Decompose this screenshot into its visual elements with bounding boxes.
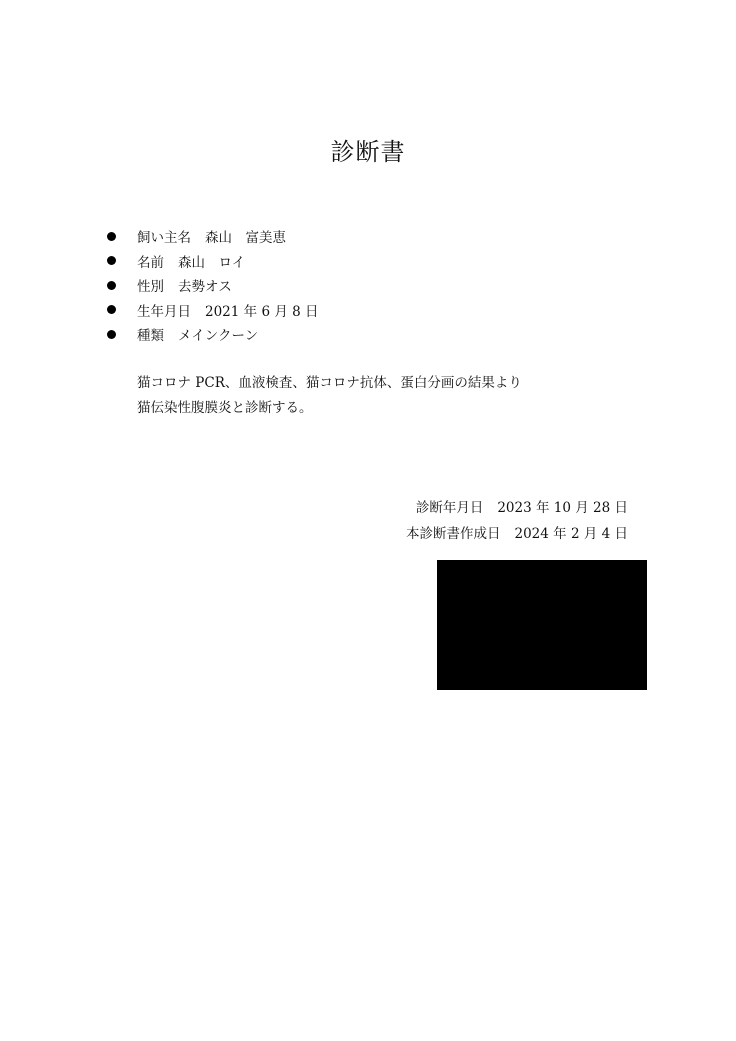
diagnosis-date: 診断年月日2023 年 10 月 28 日 — [406, 495, 628, 521]
diagnosis-line: 猫伝染性腹膜炎と診断する。 — [137, 396, 522, 421]
info-item-sex: 性別 去勢オス — [106, 273, 319, 298]
info-label: 種類 — [137, 324, 164, 344]
date-value: 2024 年 2 月 4 日 — [515, 526, 629, 542]
bullet-icon — [107, 281, 116, 290]
info-value: 森山 ロイ — [178, 251, 245, 271]
info-value: メインクーン — [178, 324, 258, 344]
date-value: 2023 年 10 月 28 日 — [497, 500, 628, 516]
info-label: 生年月日 — [137, 300, 191, 320]
redacted-signature-block — [437, 560, 647, 690]
bullet-icon — [107, 330, 116, 339]
info-label: 名前 — [137, 251, 164, 271]
bullet-icon — [107, 256, 116, 265]
diagnosis-text: 猫コロナ PCR、血液検査、猫コロナ抗体、蛋白分画の結果より 猫伝染性腹膜炎と診… — [137, 371, 522, 421]
patient-info-list: 飼い主名 森山 富美恵 名前 森山 ロイ 性別 去勢オス 生年月日 2021 年… — [106, 224, 319, 347]
info-item-owner: 飼い主名 森山 富美恵 — [106, 224, 319, 249]
date-label: 診断年月日 — [416, 500, 484, 516]
bullet-icon — [107, 305, 116, 314]
diagnosis-line: 猫コロナ PCR、血液検査、猫コロナ抗体、蛋白分画の結果より — [137, 371, 522, 396]
dates-block: 診断年月日2023 年 10 月 28 日 本診断書作成日2024 年 2 月 … — [406, 495, 628, 547]
info-label: 性別 — [137, 275, 164, 295]
info-value: 去勢オス — [178, 275, 232, 295]
document-title: 診断書 — [0, 132, 736, 167]
info-item-breed: 種類 メインクーン — [106, 322, 319, 347]
issue-date: 本診断書作成日2024 年 2 月 4 日 — [406, 521, 628, 547]
info-value: 森山 富美恵 — [205, 226, 286, 246]
info-value: 2021 年 6 月 8 日 — [205, 300, 319, 320]
bullet-icon — [107, 232, 116, 241]
date-label: 本診断書作成日 — [406, 526, 501, 542]
info-item-birthdate: 生年月日 2021 年 6 月 8 日 — [106, 298, 319, 323]
info-label: 飼い主名 — [137, 226, 191, 246]
info-item-name: 名前 森山 ロイ — [106, 249, 319, 274]
